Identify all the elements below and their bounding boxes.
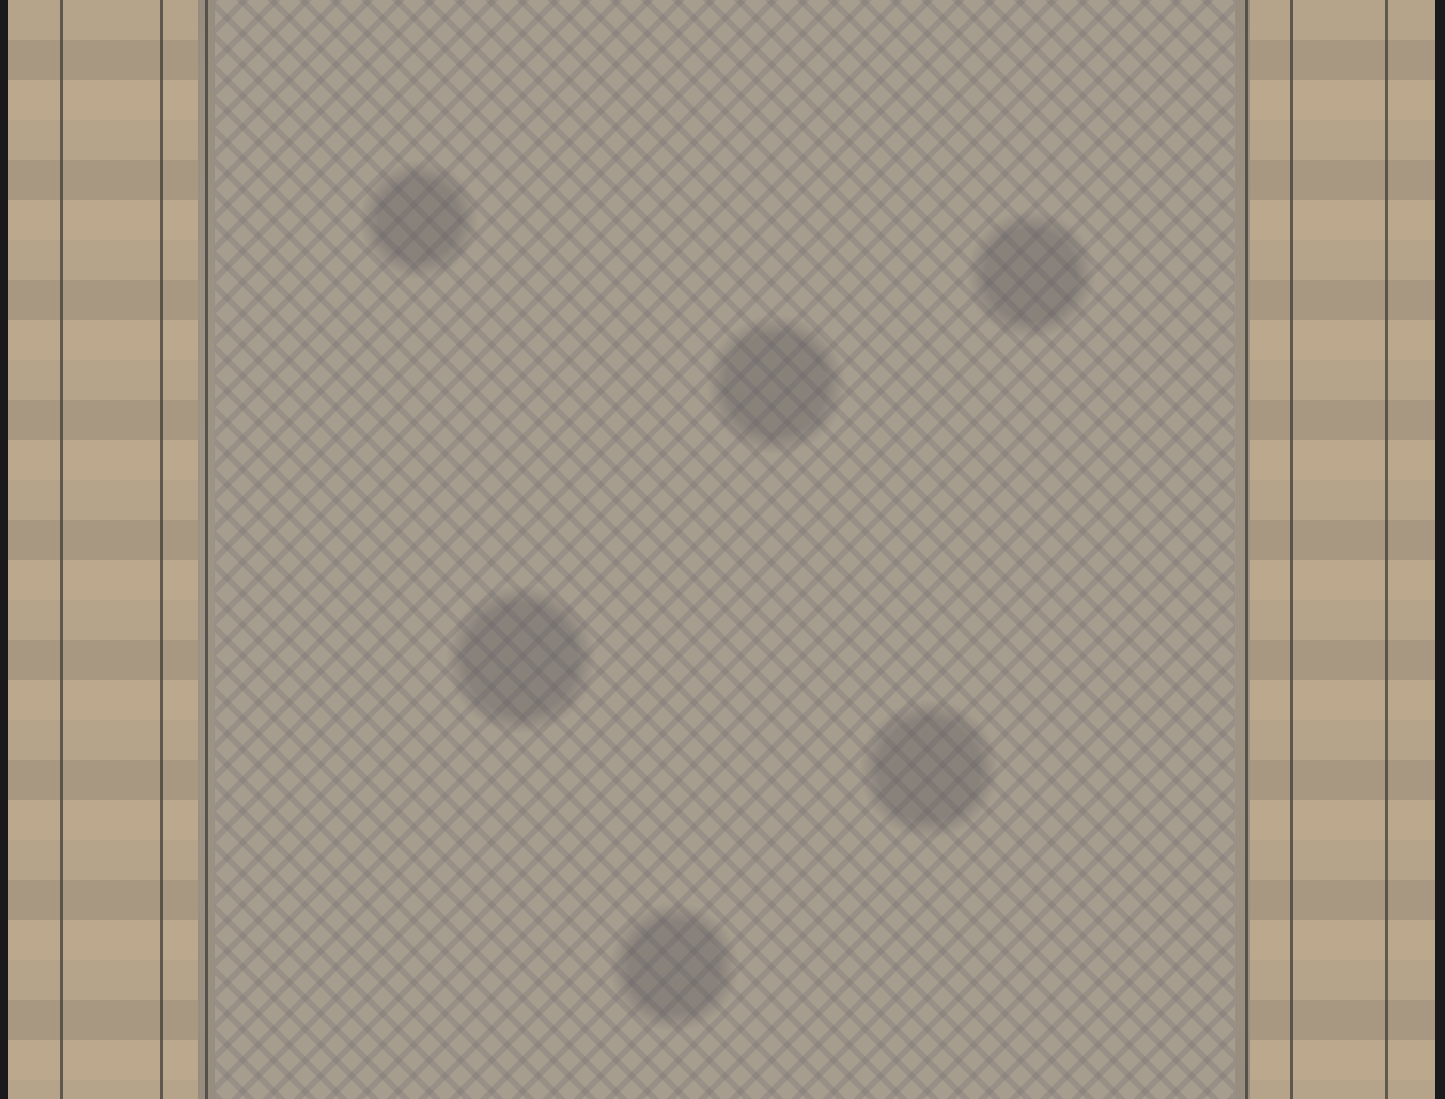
- guard-stripe: [205, 0, 208, 1099]
- rug-left-border: [8, 0, 198, 1099]
- guard-stripe: [1385, 0, 1388, 1099]
- guard-stripe: [1290, 0, 1293, 1099]
- rug-right-border: [1250, 0, 1435, 1099]
- rug-field-pattern: [215, 0, 1235, 1099]
- right-background-edge: [1435, 0, 1445, 1099]
- guard-stripe: [60, 0, 63, 1099]
- guard-stripe: [160, 0, 163, 1099]
- left-background-edge: [0, 0, 8, 1099]
- guard-stripe: [1245, 0, 1248, 1099]
- rug-photo: vintage distressed rug with all-over flo…: [0, 0, 1445, 1099]
